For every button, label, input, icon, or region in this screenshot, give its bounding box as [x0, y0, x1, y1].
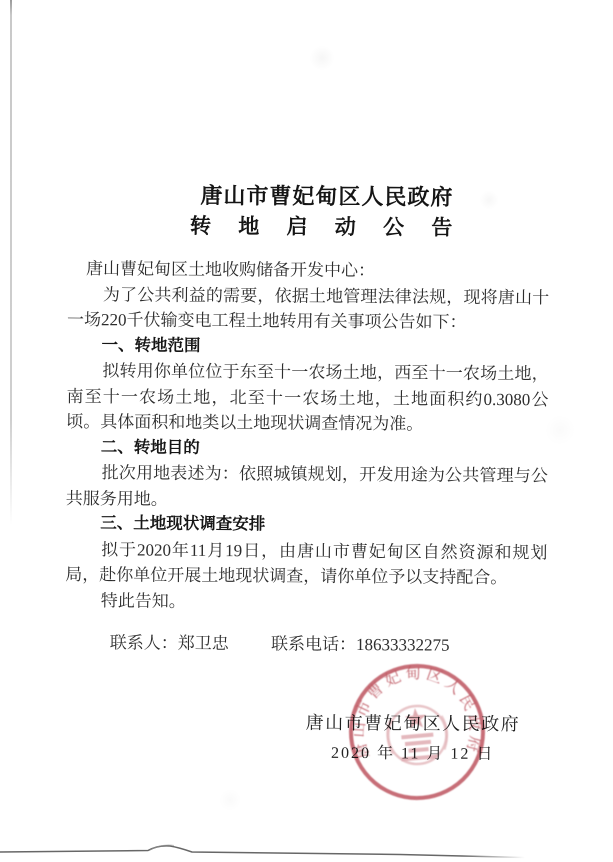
document-content: 唐山市曹妃甸区人民政府 转 地 启 动 公 告 唐山曹妃甸区土地收购储备开发中心… [65, 180, 550, 659]
section-3-body: 拟于2020年11月19日，由唐山市曹妃甸区自然资源和规划局，赴你单位开展土地现… [65, 536, 547, 590]
salutation: 唐山曹妃甸区土地收购储备开发中心： [67, 256, 549, 285]
section-3-heading: 三、土地现状调查安排 [66, 511, 548, 540]
signature-block: 唐山市曹妃甸区人民政府 2020 年 11 月 12 日 [305, 710, 520, 768]
closing-note: 特此告知。 [65, 587, 547, 616]
scan-edge-bottom [0, 843, 613, 862]
section-2-heading: 二、转地目的 [66, 434, 548, 463]
scanned-page: 唐山市曹妃甸区人民政府 转 地 启 动 公 告 唐山曹妃甸区土地收购储备开发中心… [0, 0, 613, 862]
document-title: 唐山市曹妃甸区人民政府 [86, 180, 568, 213]
section-1-body: 拟转用你单位位于东至十一农场土地，西至十一农场土地，南至十一农场土地，北至十一农… [66, 358, 549, 438]
section-1-heading: 一、转地范围 [67, 332, 549, 361]
contact-phone: 联系电话：18633332275 [271, 634, 450, 654]
section-2-body: 批次用地表述为：依照城镇规划，开发用途为公共管理与公共服务用地。 [66, 460, 548, 514]
intro-paragraph: 为了公共利益的需要，依据土地管理法律法规，现将唐山十一场220千伏输变电工程土地… [67, 281, 549, 335]
issue-date: 2020 年 11 月 12 日 [305, 741, 520, 768]
issuer-name: 唐山市曹妃甸区人民政府 [306, 710, 521, 737]
scan-edge-left [10, 0, 12, 525]
contact-row: 联系人：郑卫忠 联系电话：18633332275 [65, 630, 547, 659]
document-subtitle: 转 地 启 动 公 告 [86, 210, 568, 243]
contact-person: 联系人：郑卫忠 [110, 633, 229, 653]
